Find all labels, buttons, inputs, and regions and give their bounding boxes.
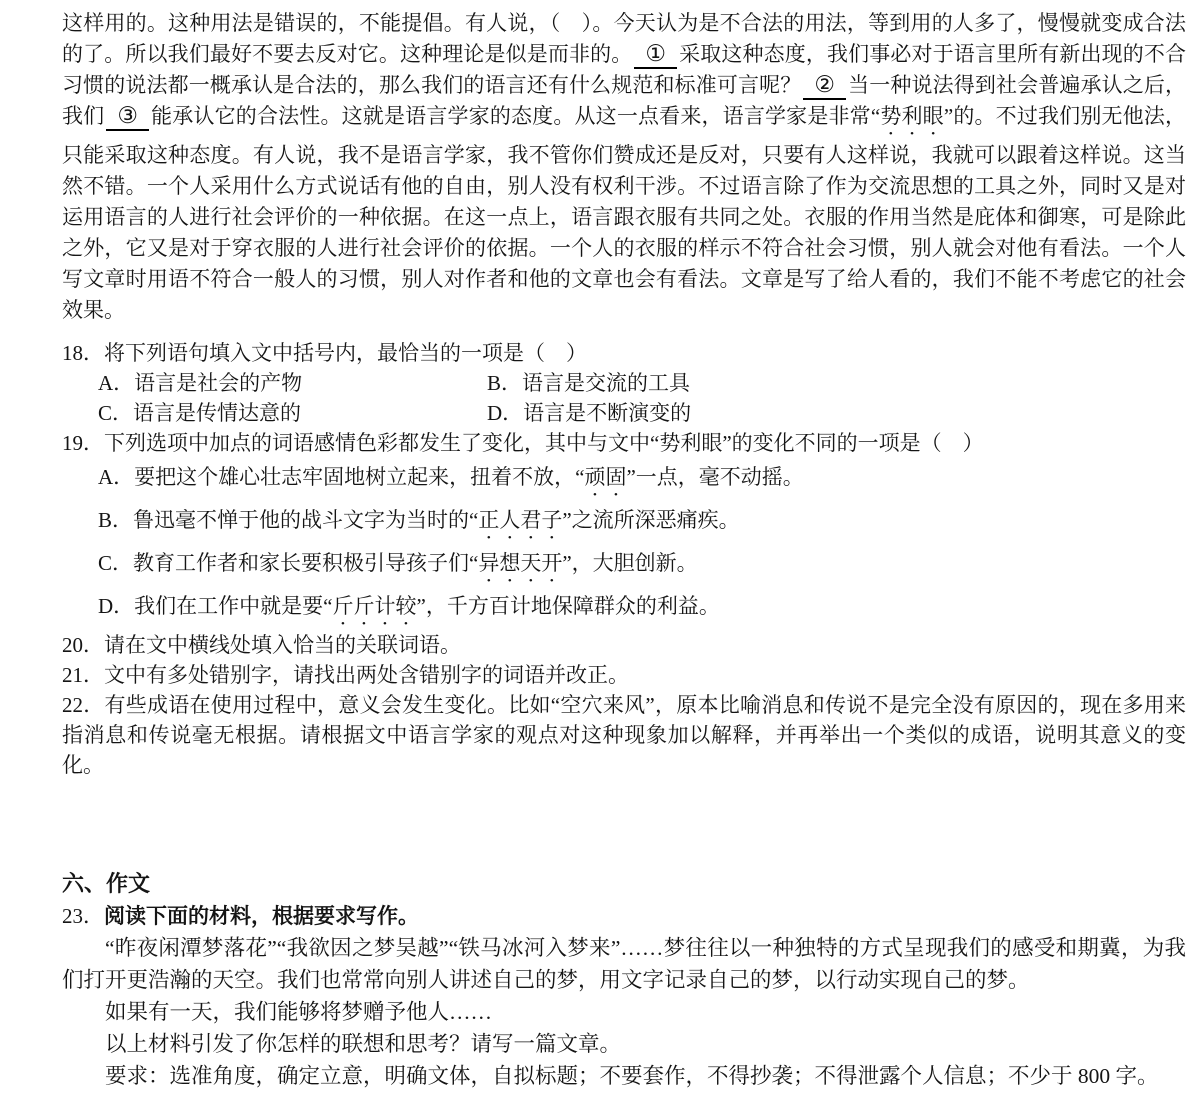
- text-segment: A．要把这个雄心壮志牢固地树立起来，扭着不放，“: [98, 465, 584, 489]
- emphasized-phrase: 势利眼: [880, 104, 944, 128]
- option-18-d: D．语言是不断演变的: [487, 398, 1186, 428]
- emphasized-phrase: 斤斤计较: [333, 594, 417, 618]
- question-18: 18．将下列语句填入文中括号内，最恰当的一项是（ ） A．语言是社会的产物 B．…: [62, 338, 1186, 428]
- option-18-c: C．语言是传情达意的: [98, 398, 487, 428]
- blank-circled-number: ③: [106, 103, 149, 131]
- questions-area: 18．将下列语句填入文中括号内，最恰当的一项是（ ） A．语言是社会的产物 B．…: [62, 338, 1186, 780]
- question-19: 19．下列选项中加点的词语感情色彩都发生了变化，其中与文中“势利眼”的变化不同的…: [62, 428, 1186, 630]
- text-segment: C．教育工作者和家长要积极引导孩子们“: [98, 551, 478, 575]
- reading-passage: 这样用的。这种用法是错误的，不能提倡。有人说，（ ）。今天认为是不合法的用法，等…: [62, 8, 1186, 326]
- essay-section-heading: 六、作文: [62, 868, 1186, 900]
- emphasized-phrase: 正人君子: [478, 508, 562, 532]
- question-18-options: A．语言是社会的产物 B．语言是交流的工具 C．语言是传情达意的 D．语言是不断…: [62, 368, 1186, 428]
- question-23-number: 23．: [62, 904, 104, 928]
- option-19-a: A．要把这个雄心壮志牢固地树立起来，扭着不放，“顽固”一点，毫不动摇。: [62, 458, 1186, 501]
- text-segment: ”，大胆创新。: [562, 551, 697, 575]
- emphasized-phrase: 异想天开: [478, 551, 562, 575]
- emphasized-phrase: 顽固: [584, 465, 626, 489]
- essay-prompt: 以上材料引发了你怎样的联想和思考？请写一篇文章。: [62, 1028, 1186, 1060]
- exam-page: 这样用的。这种用法是错误的，不能提倡。有人说，（ ）。今天认为是不合法的用法，等…: [62, 8, 1186, 1092]
- text-segment: ”，千方百计地保障群众的利益。: [417, 594, 720, 618]
- option-18-b: B．语言是交流的工具: [487, 368, 1186, 398]
- question-23-directive: 阅读下面的材料，根据要求写作。: [104, 904, 419, 928]
- text-segment: B．鲁迅毫不惮于他的战斗文字为当时的“: [98, 508, 478, 532]
- text-segment: ”一点，毫不动摇。: [626, 465, 803, 489]
- question-22: 22．有些成语在使用过程中，意义会发生变化。比如“空穴来风”，原本比喻消息和传说…: [62, 690, 1186, 780]
- option-19-b: B．鲁迅毫不惮于他的战斗文字为当时的“正人君子”之流所深恶痛疾。: [62, 501, 1186, 544]
- text-segment: 能承认它的合法性。这就是语言学家的态度。从这一点看来，语言学家是非常“: [151, 104, 880, 128]
- question-23: 23．阅读下面的材料，根据要求写作。: [62, 900, 1186, 932]
- option-18-a: A．语言是社会的产物: [98, 368, 487, 398]
- blank-circled-number: ②: [803, 72, 846, 100]
- question-20: 20．请在文中横线处填入恰当的关联词语。: [62, 630, 1186, 660]
- question-19-stem: 19．下列选项中加点的词语感情色彩都发生了变化，其中与文中“势利眼”的变化不同的…: [62, 428, 1186, 458]
- question-21: 21．文中有多处错别字，请找出两处含错别字的词语并改正。: [62, 660, 1186, 690]
- text-segment: D．我们在工作中就是要“: [98, 594, 333, 618]
- text-segment: ”的。不过我们别无他法，只能采取这种态度。有人说，我不是语言学家，我不管你们赞成…: [62, 104, 1186, 322]
- essay-requirements: 要求：选准角度，确定立意，明确文体，自拟标题；不要套作，不得抄袭；不得泄露个人信…: [62, 1060, 1160, 1092]
- essay-material-paragraph-2: 如果有一天，我们能够将梦赠予他人……: [62, 996, 1186, 1028]
- text-segment: ”之流所深恶痛疾。: [562, 508, 739, 532]
- question-18-stem: 18．将下列语句填入文中括号内，最恰当的一项是（ ）: [62, 338, 1186, 368]
- option-19-c: C．教育工作者和家长要积极引导孩子们“异想天开”，大胆创新。: [62, 544, 1186, 587]
- option-19-d: D．我们在工作中就是要“斤斤计较”，千方百计地保障群众的利益。: [62, 587, 1186, 630]
- blank-circled-number: ①: [634, 41, 677, 69]
- essay-section: 六、作文 23．阅读下面的材料，根据要求写作。 “昨夜闲潭梦落花”“我欲因之梦吴…: [62, 868, 1186, 1092]
- essay-material-paragraph-1: “昨夜闲潭梦落花”“我欲因之梦吴越”“铁马冰河入梦来”……梦往往以一种独特的方式…: [62, 932, 1186, 996]
